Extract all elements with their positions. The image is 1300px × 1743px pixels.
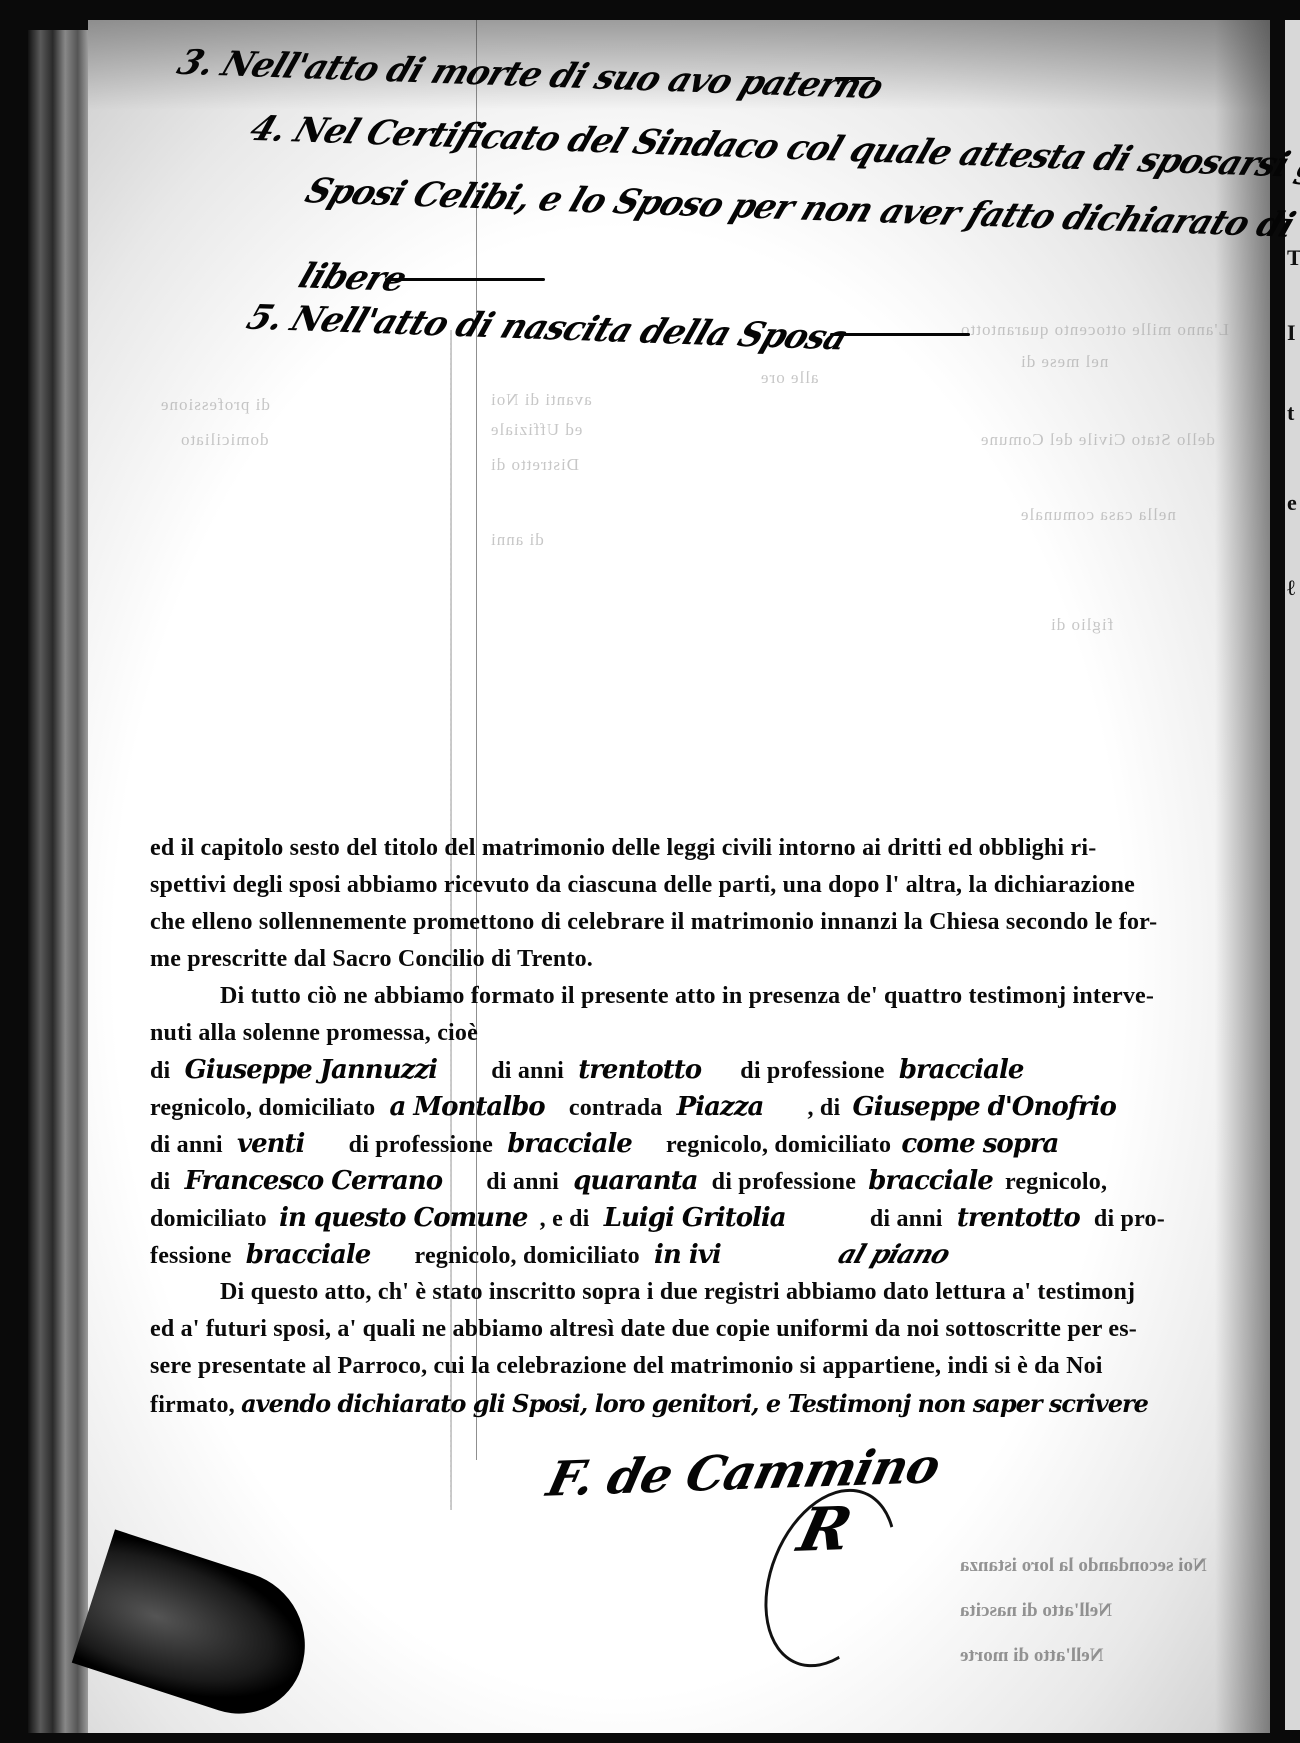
bleed-text-bottom: Noi secondando la loro istanza [960, 1555, 1207, 1577]
bleed-text-bottom: Nell'atto di morte [960, 1645, 1104, 1667]
adjacent-page-edge: TIteℓ [1285, 20, 1300, 1730]
handwritten-closing: avendo dichiarato gli Sposi, loro genito… [241, 1389, 1148, 1418]
bleed-text: Distretto di [490, 455, 579, 475]
bleed-text: avanti di Noi [490, 390, 592, 410]
scanned-register-page: TIteℓ L'anno mille ottocento quarantotto… [0, 0, 1300, 1743]
bleed-text: di professione [160, 395, 270, 415]
bleed-text: nella casa comunale [1020, 505, 1176, 525]
bleed-text: nel mese di [1020, 352, 1108, 372]
closing-paragraph: Di questo atto, ch' è stato inscritto so… [150, 1274, 1280, 1424]
witness-line-2: regnicolo, domiciliato a Montalbo contra… [150, 1089, 1280, 1127]
book-binding-spine [28, 30, 90, 1733]
witness-line-5: domiciliato in questo Comune , e di Luig… [150, 1200, 1280, 1238]
witness-line-3: di anni venti di professione bracciale r… [150, 1126, 1280, 1164]
printed-paragraph-1: ed il capitolo sesto del titolo del matr… [150, 830, 1280, 978]
note-rule [830, 333, 970, 336]
witness-line-1: di Giuseppe Jannuzzi di anni trentotto d… [150, 1052, 1280, 1090]
bleed-text: di anni [490, 530, 544, 550]
witness-line-4: di Francesco Cerrano di anni quaranta di… [150, 1163, 1280, 1201]
bleed-text: alle ore [760, 368, 819, 388]
bleed-text-bottom: Nell'atto di nascita [960, 1600, 1112, 1622]
bleed-text: ed Uffiziale [490, 420, 582, 440]
bleed-text: dello Stato Civile del Comune [980, 430, 1215, 450]
note-rule [835, 77, 875, 80]
bleed-text: figlio di [1050, 615, 1113, 635]
bleed-text: L'anno mille ottocento quarantotto [960, 320, 1229, 340]
note-rule [385, 278, 545, 281]
bleed-text: domiciliato [180, 430, 268, 450]
witness-line-6: fessione bracciale regnicolo, domiciliat… [150, 1237, 1280, 1275]
printed-paragraph-2: Di tutto ciò ne abbiamo formato il prese… [150, 978, 1280, 1052]
